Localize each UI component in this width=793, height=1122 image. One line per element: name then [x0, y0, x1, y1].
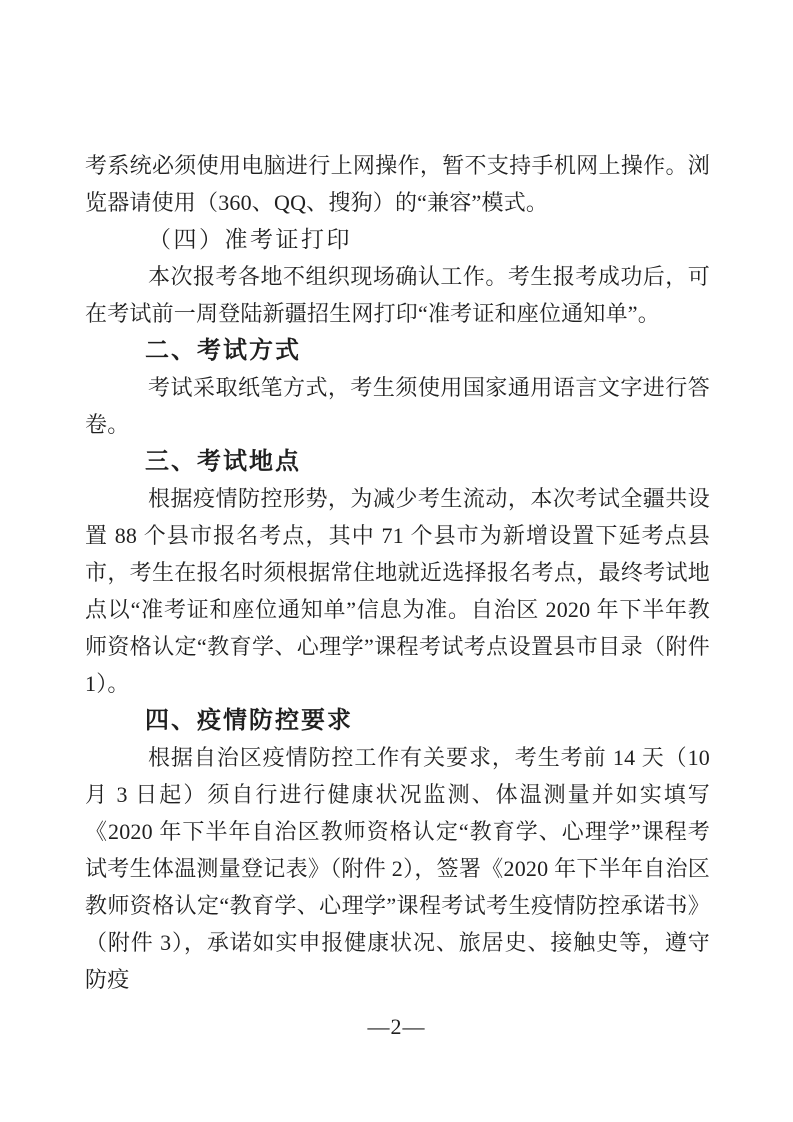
document-body: 考系统必须使用电脑进行上网操作，暂不支持手机网上操作。浏览器请使用（360、QQ… — [85, 147, 710, 998]
paragraph-exam-method: 考试采取纸笔方式，考生须使用国家通用语言文字进行答卷。 — [85, 369, 710, 443]
section-heading-exam-location: 三、考试地点 — [145, 443, 710, 480]
paragraph-epidemic-prevention: 根据自治区疫情防控工作有关要求，考生考前 14 天（10 月 3 日起）须自行进… — [85, 739, 710, 998]
section-heading-exam-method: 二、考试方式 — [145, 332, 710, 369]
page-number: —2— — [0, 1014, 793, 1040]
paragraph-exam-location: 根据疫情防控形势，为减少考生流动，本次考试全疆共设置 88 个县市报名考点，其中… — [85, 480, 710, 702]
paragraph-continued-from-previous-page: 考系统必须使用电脑进行上网操作，暂不支持手机网上操作。浏览器请使用（360、QQ… — [85, 147, 710, 221]
document-page: 考系统必须使用电脑进行上网操作，暂不支持手机网上操作。浏览器请使用（360、QQ… — [0, 0, 793, 1122]
section-heading-epidemic-prevention: 四、疫情防控要求 — [145, 702, 710, 739]
subsection-heading-admission-ticket-printing: （四）准考证打印 — [85, 221, 710, 258]
paragraph-admission-ticket: 本次报考各地不组织现场确认工作。考生报考成功后，可在考试前一周登陆新疆招生网打印… — [85, 258, 710, 332]
